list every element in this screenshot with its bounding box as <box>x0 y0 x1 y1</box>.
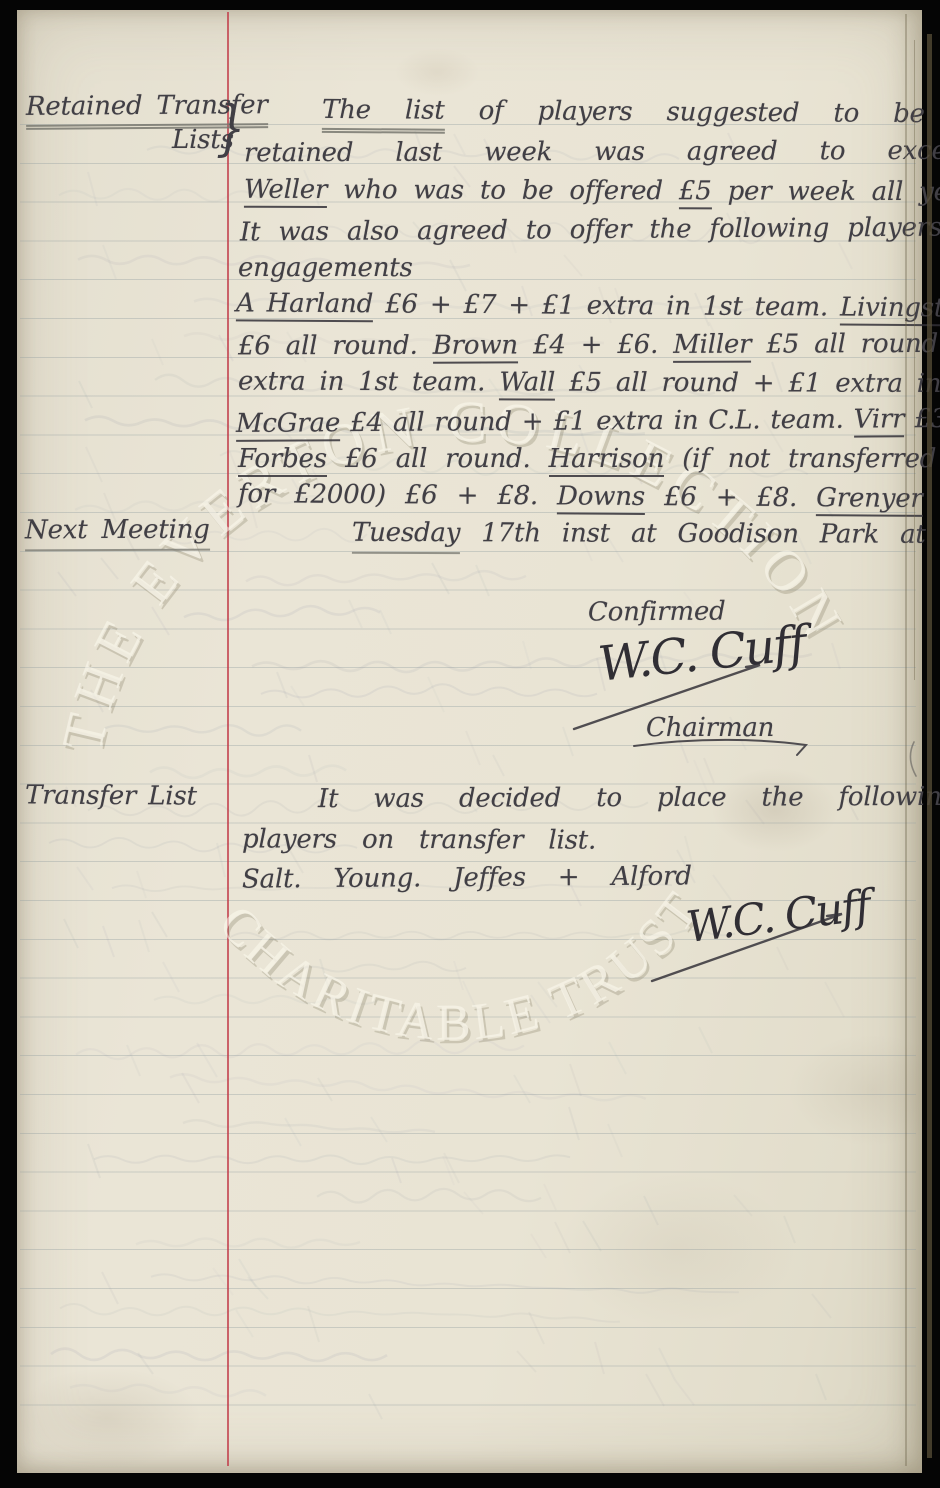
minute-line-1: The list of players suggested to be <box>322 96 925 130</box>
margin-note-next-meeting: Next Meeting <box>25 516 210 547</box>
red-margin-rule <box>227 12 229 1466</box>
transfer-line-2: players on transfer list. <box>242 825 596 856</box>
scanned-photo-background: THE EVERTON COLLECTION THE EVERTON COLLE… <box>0 0 940 1488</box>
minute-line-4: It was also agreed to offer the followin… <box>240 214 940 249</box>
minute-line-8: extra in 1st team. Wall £5 all round + £… <box>238 368 940 401</box>
confirmed-label: Confirmed <box>588 598 726 629</box>
minute-line-9: McGrae £4 all round + £1 extra in C.L. t… <box>236 404 940 440</box>
next-meeting-details: Tuesday 17th inst at Goodison Park at 6.… <box>352 519 940 551</box>
minute-line-7: £6 all round. Brown £4 + £6. Miller £5 a… <box>238 330 940 363</box>
minute-line-10: Forbes £6 all round. Harrison (if not tr… <box>238 445 936 475</box>
page-edge-line <box>914 40 915 680</box>
margin-note-transfer-list: Transfer List <box>25 781 197 812</box>
underlying-page-sliver <box>927 34 932 1458</box>
minute-line-11: for £2000) £6 + £8. Downs £6 + £8. Greny… <box>238 480 940 516</box>
minute-line-5: engagements <box>238 254 413 284</box>
minute-line-6: A Harland £6 + £7 + £1 extra in 1st team… <box>236 289 940 324</box>
minute-line-2: retained last week was agreed to except <box>244 137 940 169</box>
chairman-label: Chairman <box>646 714 774 744</box>
page-edge-crease <box>905 14 907 1466</box>
transfer-players-line: Salt. Young. Jeffes + Alford <box>242 862 692 895</box>
transfer-line-1: It was decided to place the following <box>318 783 940 815</box>
margin-brace: } <box>216 97 245 157</box>
minute-line-3: Weller who was to be offered £5 per week… <box>244 176 940 208</box>
